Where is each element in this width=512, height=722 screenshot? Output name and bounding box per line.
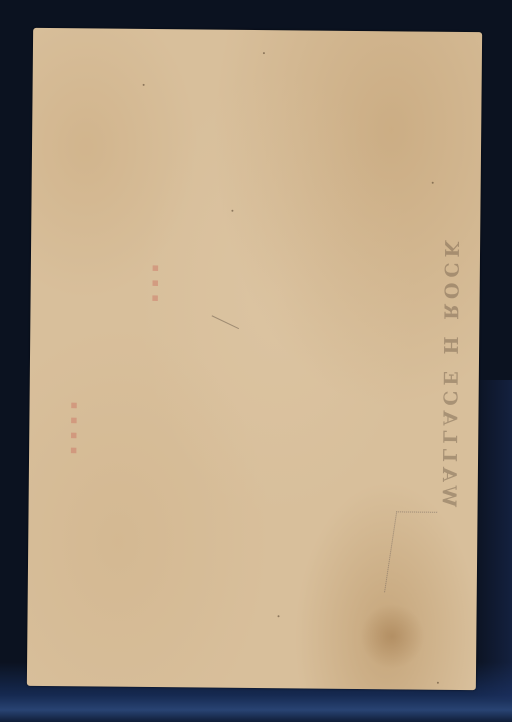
stain: [357, 601, 428, 672]
speck: [278, 615, 280, 617]
pencil-mark: [384, 511, 437, 592]
speck: [432, 182, 434, 184]
speck: [231, 210, 233, 212]
speck: [143, 84, 145, 86]
red-offset-mark-lower: ▪▪▪▪: [67, 398, 81, 508]
surface-crease: [212, 315, 239, 329]
card-back: WALLACE H ROCK ▪▪▪ ▪▪▪▪: [27, 28, 482, 690]
offset-text-area: WALLACE H ROCK: [428, 192, 471, 552]
speck: [263, 52, 265, 54]
speck: [437, 682, 439, 684]
red-offset-mark-upper: ▪▪▪: [148, 261, 162, 331]
mirrored-offset-text: WALLACE H ROCK: [438, 236, 463, 507]
